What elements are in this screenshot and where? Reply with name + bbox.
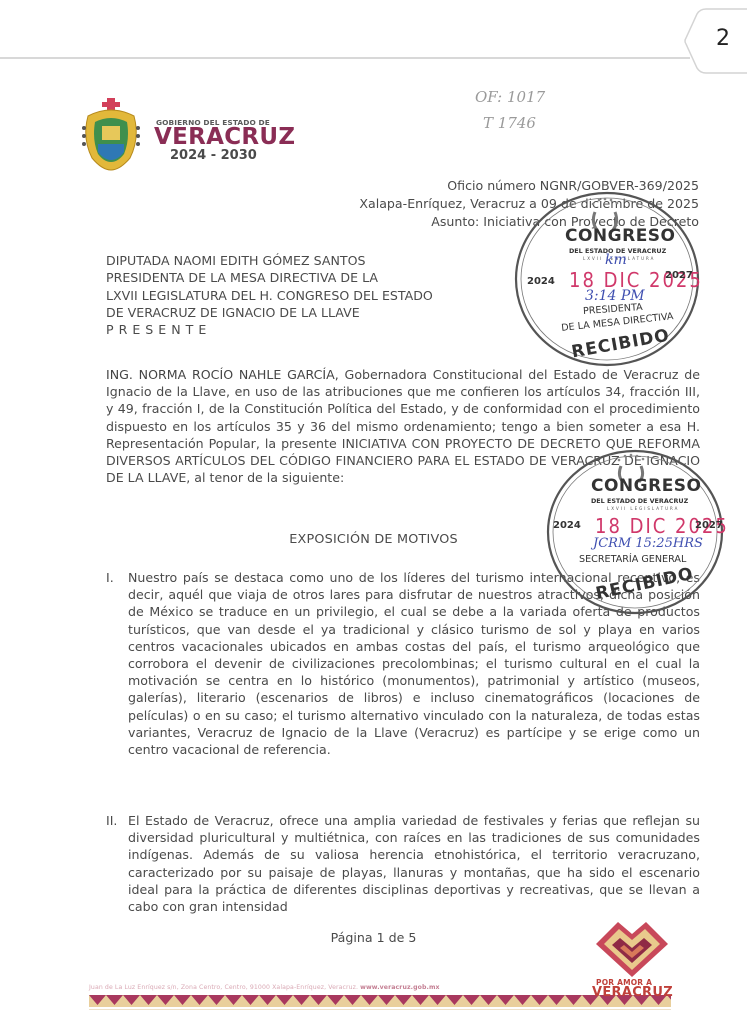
addressee-line: DE VERACRUZ DE IGNACIO DE LA LLAVE bbox=[106, 304, 433, 321]
footer-address: Juan de La Luz Enríquez s/n, Zona Centro… bbox=[89, 984, 440, 991]
stamp-year-end: 2027 bbox=[665, 270, 693, 281]
por-amor-a-veracruz-heart-icon bbox=[594, 920, 670, 978]
stamp-legislature: LXVII LEGISLATURA bbox=[607, 506, 679, 511]
received-stamp-general-secretariat: CONGRESO DEL ESTADO DE VERACRUZ LXVII LE… bbox=[545, 448, 725, 616]
governor-name: ING. NORMA ROCÍO NAHLE GARCÍA, bbox=[106, 367, 339, 382]
footer-rule bbox=[89, 1009, 671, 1010]
item-text: El Estado de Veracruz, ofrece una amplia… bbox=[128, 812, 700, 915]
website-link[interactable]: www.veracruz.gob.mx bbox=[360, 984, 439, 991]
address-text: Juan de La Luz Enríquez s/n, Zona Centro… bbox=[89, 984, 358, 991]
page-separator bbox=[0, 57, 690, 59]
stamp-year-start: 2024 bbox=[553, 520, 581, 531]
government-period: 2024 - 2030 bbox=[170, 148, 257, 163]
state-name: VERACRUZ bbox=[154, 124, 295, 150]
addressee-line: LXVII LEGISLATURA DEL H. CONGRESO DEL ES… bbox=[106, 287, 433, 304]
stamp-title: CONGRESO bbox=[565, 226, 676, 246]
presente-label: PRESENTE bbox=[106, 321, 433, 338]
list-item: II. El Estado de Veracruz, ofrece una am… bbox=[106, 812, 700, 915]
decorative-zigzag-band bbox=[89, 995, 671, 1007]
stamp-subtitle: DEL ESTADO DE VERACRUZ bbox=[591, 497, 688, 505]
page-tab-number: 2 bbox=[716, 26, 730, 51]
veracruz-coat-of-arms-icon bbox=[80, 98, 142, 172]
stamp-year-start: 2024 bbox=[527, 276, 555, 287]
handwritten-oficio-note: OF: 1017 bbox=[475, 88, 545, 106]
addressee-block: DIPUTADA NAOMI EDITH GÓMEZ SANTOS PRESID… bbox=[106, 252, 433, 338]
brand-name: VERACRUZ bbox=[592, 985, 673, 1000]
stamp-time: JCRM 15:25HRS bbox=[593, 536, 703, 551]
addressee-line: DIPUTADA NAOMI EDITH GÓMEZ SANTOS bbox=[106, 252, 433, 269]
stamp-year-end: 2027 bbox=[695, 520, 723, 531]
stamp-title: CONGRESO bbox=[591, 476, 702, 496]
handwritten-turno-note: T 1746 bbox=[483, 114, 536, 132]
item-number: I. bbox=[106, 569, 126, 586]
stamp-initials: km bbox=[605, 252, 627, 268]
received-stamp-presidency: CONGRESO DEL ESTADO DE VERACRUZ LXVII LE… bbox=[513, 190, 701, 368]
item-number: II. bbox=[106, 812, 126, 829]
stamp-office: SECRETARÍA GENERAL bbox=[579, 554, 686, 565]
addressee-line: PRESIDENTA DE LA MESA DIRECTIVA DE LA bbox=[106, 269, 433, 286]
